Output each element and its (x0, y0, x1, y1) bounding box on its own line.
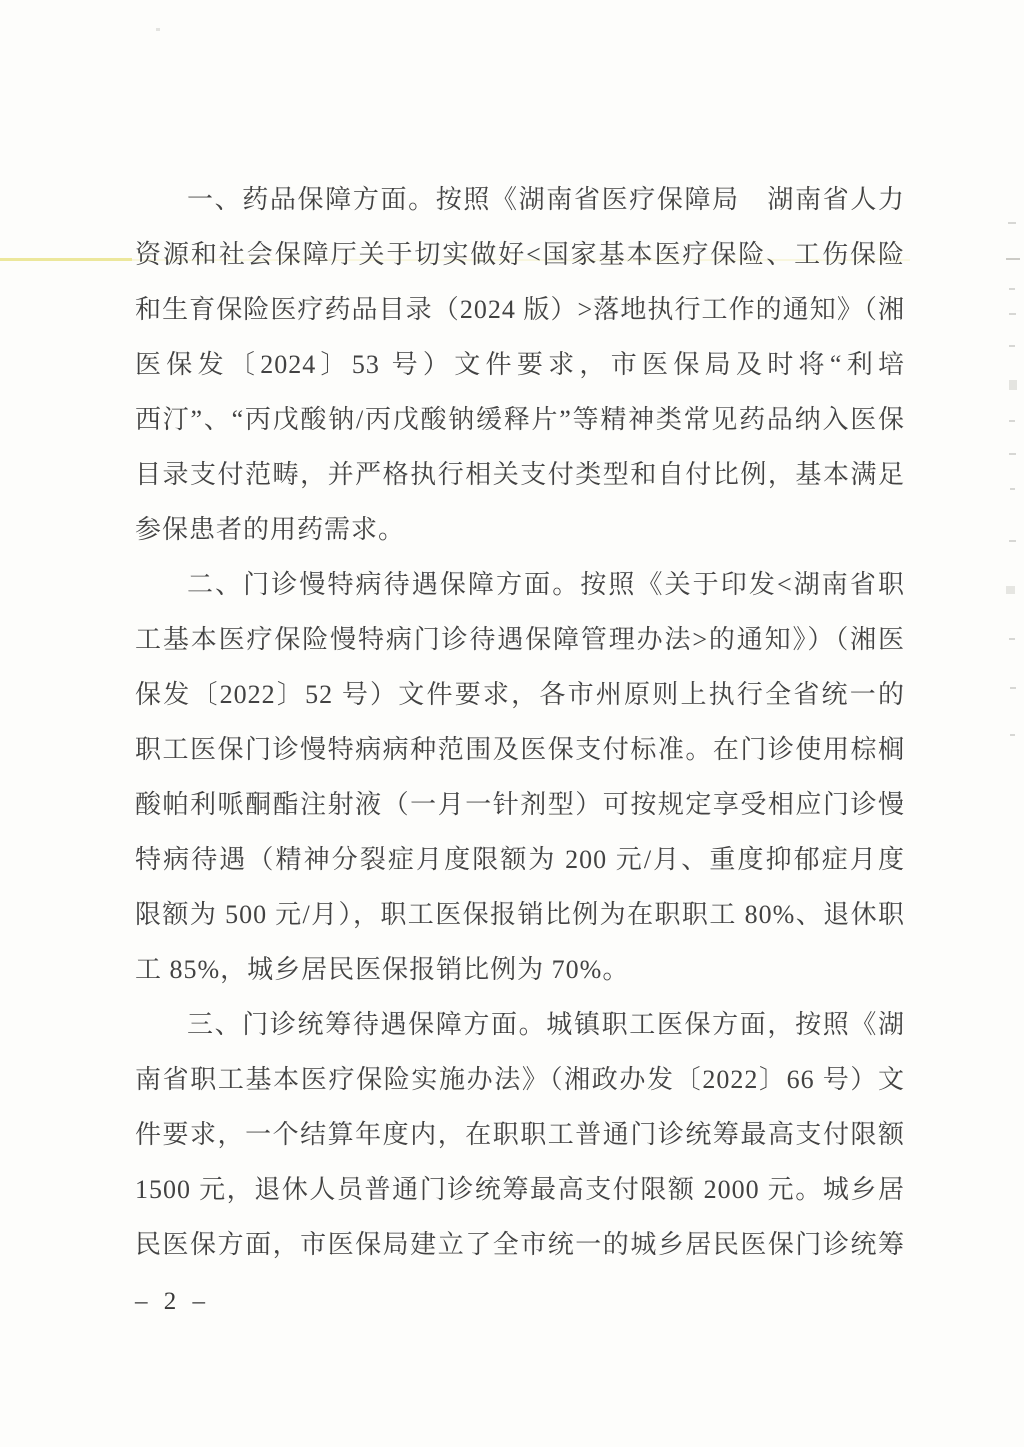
document-body: 一、药品保障方面。按照《湖南省医疗保障局 湖南省人力 资源和社会保障厅关于切实做… (135, 172, 905, 1272)
text-line: 目录支付范畴，并严格执行相关支付类型和自付比例，基本满足 (135, 447, 905, 502)
text-line: 南省职工基本医疗保险实施办法》（湘政办发〔2022〕66 号）文 (135, 1052, 905, 1107)
text-line: 参保患者的用药需求。 (135, 502, 905, 557)
text-line: 三、门诊统筹待遇保障方面。城镇职工医保方面，按照《湖 (135, 997, 905, 1052)
text-line: 一、药品保障方面。按照《湖南省医疗保障局 湖南省人力 (135, 172, 905, 227)
text-line: 保发〔2022〕52 号）文件要求，各市州原则上执行全省统一的 (135, 667, 905, 722)
text-line: 西汀”、“丙戊酸钠/丙戊酸钠缓释片”等精神类常见药品纳入医保 (135, 392, 905, 447)
scanned-document-page: 一、药品保障方面。按照《湖南省医疗保障局 湖南省人力 资源和社会保障厅关于切实做… (0, 0, 1024, 1447)
text-line: 职工医保门诊慢特病病种范围及医保支付标准。在门诊使用棕榈 (135, 722, 905, 777)
text-line: 医保发〔2024〕53 号）文件要求，市医保局及时将“利培酮”、“氟 (135, 337, 905, 392)
text-line: 民医保方面，市医保局建立了全市统一的城乡居民医保门诊统筹 (135, 1217, 905, 1272)
text-line: 二、门诊慢特病待遇保障方面。按照《关于印发<湖南省职 (135, 557, 905, 612)
paragraph-3-outpatient-pooling: 三、门诊统筹待遇保障方面。城镇职工医保方面，按照《湖 南省职工基本医疗保险实施办… (135, 997, 905, 1272)
page-number: – 2 – (135, 1288, 210, 1316)
text-line: 限额为 500 元/月），职工医保报销比例为在职职工 80%、退休职 (135, 887, 905, 942)
text-line: 件要求，一个结算年度内，在职职工普通门诊统筹最高支付限额 (135, 1107, 905, 1162)
text-line: 1500 元，退休人员普通门诊统筹最高支付限额 2000 元。城乡居 (135, 1162, 905, 1217)
paragraph-2-outpatient-chronic-disease: 二、门诊慢特病待遇保障方面。按照《关于印发<湖南省职 工基本医疗保险慢特病门诊待… (135, 557, 905, 997)
text-line: 和生育保险医疗药品目录（2024 版）>落地执行工作的通知》（湘 (135, 282, 905, 337)
text-line: 酸帕利哌酮酯注射液（一月一针剂型）可按规定享受相应门诊慢 (135, 777, 905, 832)
yellow-scan-line-artifact (0, 258, 132, 261)
scan-speck-artifact (156, 28, 160, 31)
paragraph-1-drug-coverage: 一、药品保障方面。按照《湖南省医疗保障局 湖南省人力 资源和社会保障厅关于切实做… (135, 172, 905, 557)
right-edge-scan-marks (1000, 0, 1024, 1447)
text-line: 工基本医疗保险慢特病门诊待遇保障管理办法>的通知》）（湘医 (135, 612, 905, 667)
text-line: 特病待遇（精神分裂症月度限额为 200 元/月、重度抑郁症月度 (135, 832, 905, 887)
text-line: 工 85%，城乡居民医保报销比例为 70%。 (135, 942, 905, 997)
text-line: 资源和社会保障厅关于切实做好<国家基本医疗保险、工伤保险 (135, 227, 905, 282)
